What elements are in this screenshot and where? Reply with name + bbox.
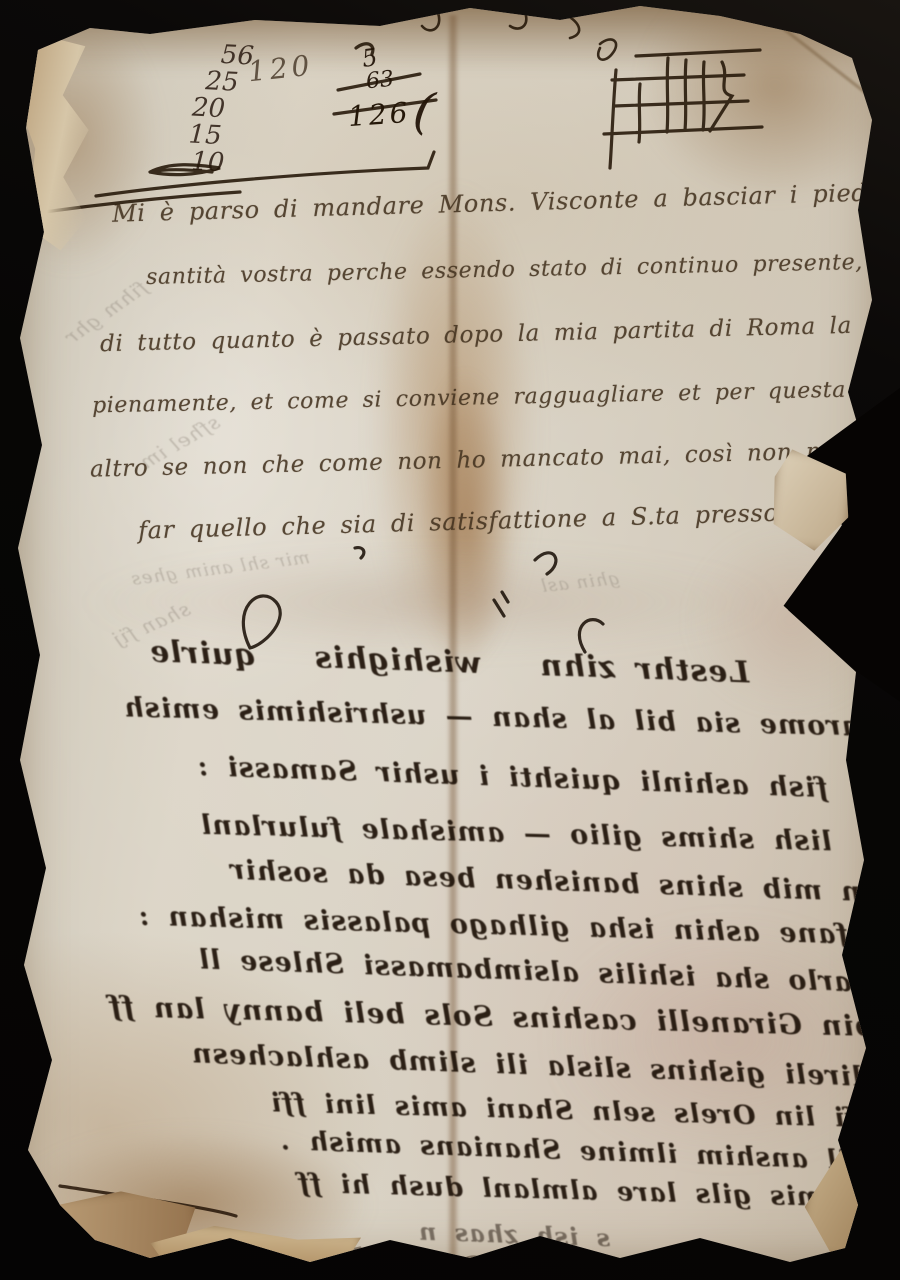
manuscript-photo: fihm ghrsfhel immir shl anim ghesghin as… <box>0 0 900 1280</box>
left-margin-curls <box>8 219 47 1210</box>
top-edge-flourishes <box>422 4 616 60</box>
tally-grid-doodle <box>604 50 762 168</box>
mid-page-flourishes <box>243 548 603 652</box>
sum-strike-lines <box>334 44 436 114</box>
parchment-sheet: fihm ghrsfhel immir shl anim ghesghin as… <box>0 0 900 1280</box>
struck-total-scribble <box>44 152 434 212</box>
ink-doodles-layer <box>0 0 900 1280</box>
